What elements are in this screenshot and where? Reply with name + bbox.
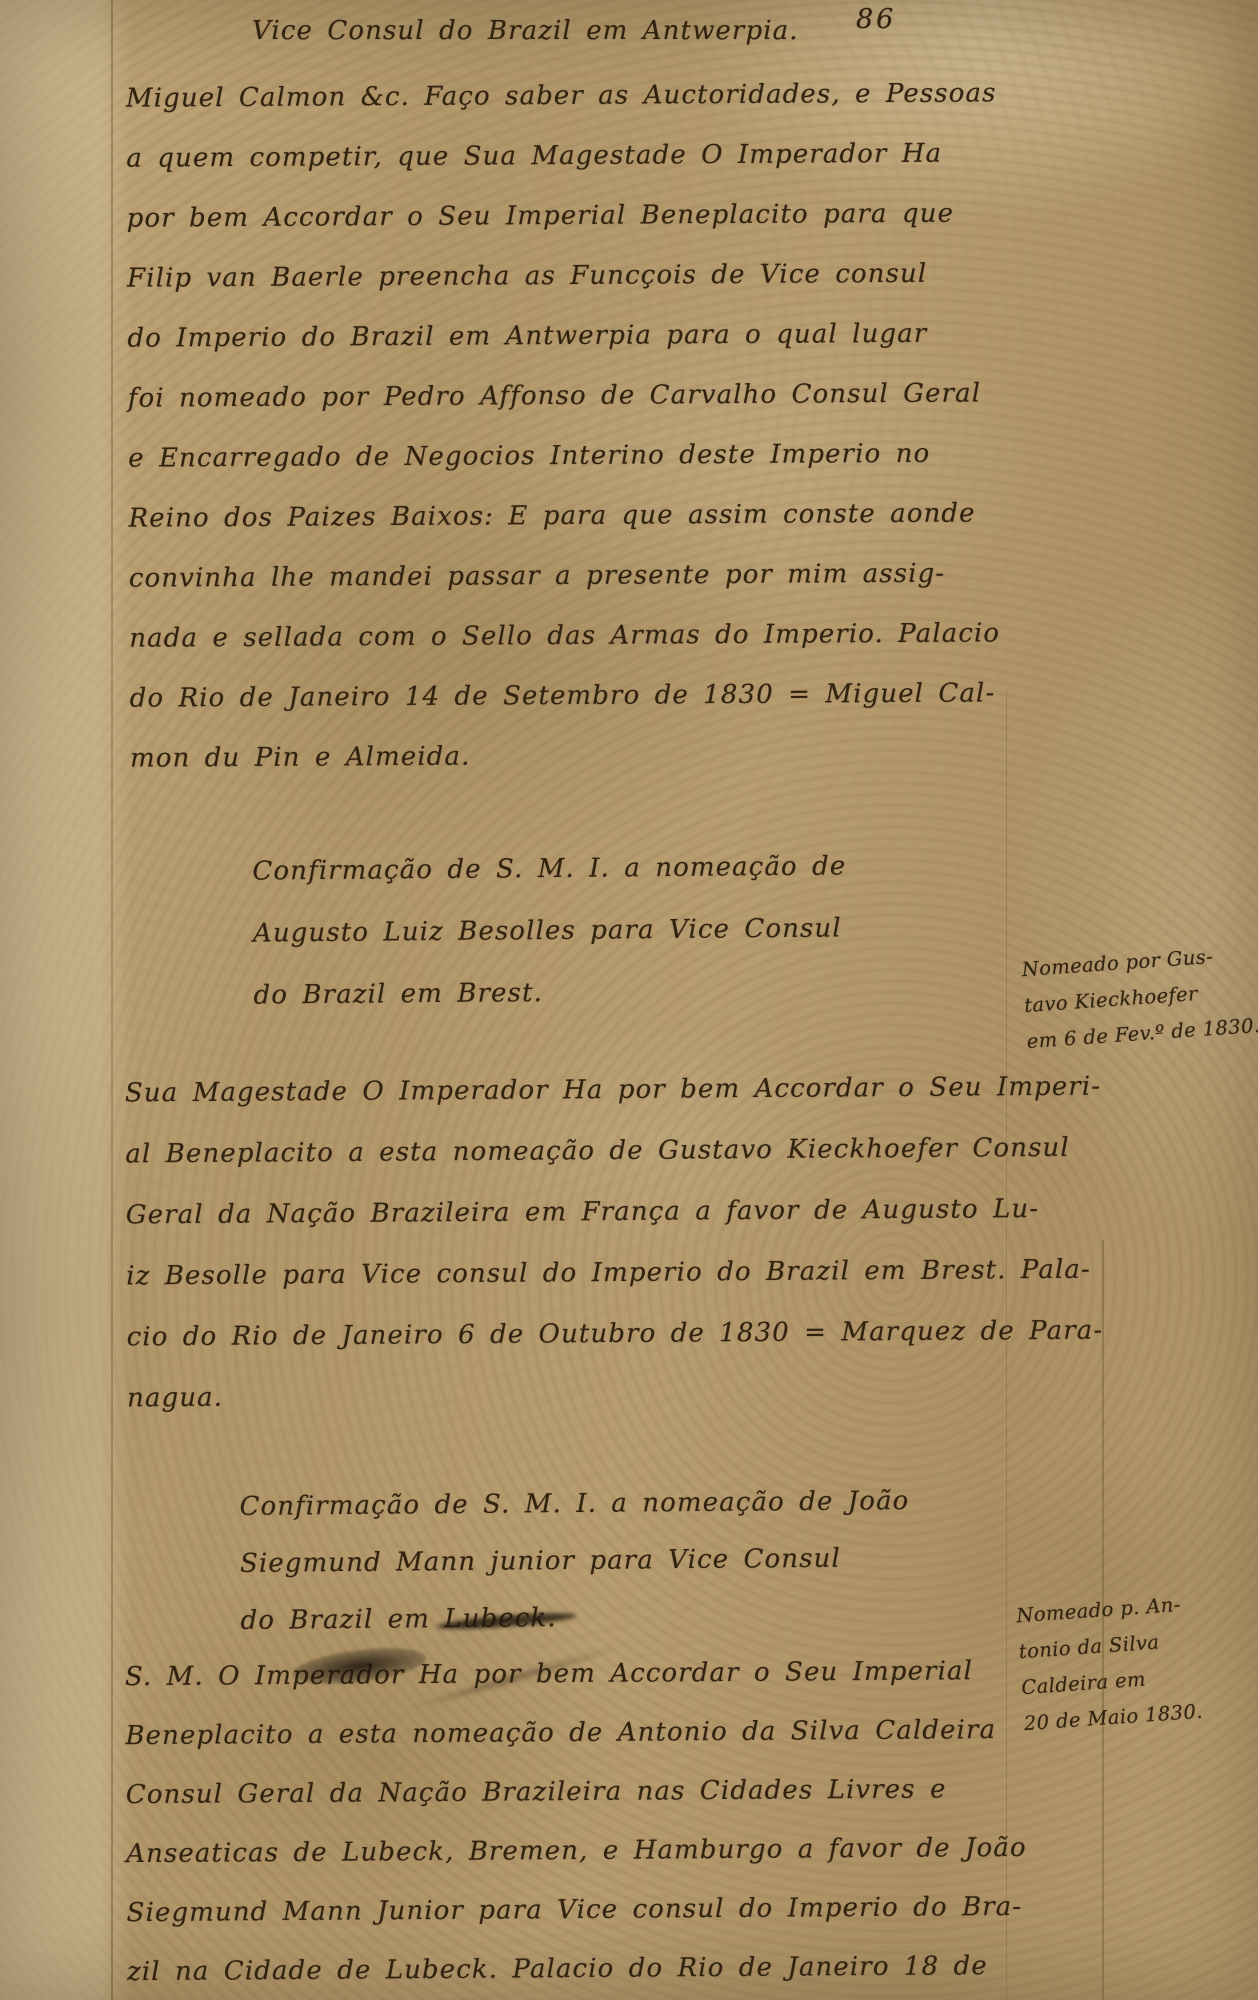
text-line: Siegmund Mann junior para Vice Consul — [240, 1530, 910, 1593]
section3-heading: Confirmação de S. M. I. a nomeação de Jo… — [239, 1473, 910, 1650]
text-line: do Brazil em Brest. — [253, 959, 847, 1026]
text-line: Filip van Baerle preencha as Funcçois de… — [127, 243, 998, 308]
text-line: Anseaticas de Lubeck, Bremen, e Hamburgo… — [126, 1819, 1027, 1884]
text-line: al Beneplacito a esta nomeação de Gustav… — [125, 1118, 1102, 1186]
text-fragment: do Brazil em — [240, 1604, 444, 1636]
text-line: Consul Geral da Nação Brazileira nas Cid… — [126, 1760, 1027, 1825]
fold-crease-left — [111, 0, 113, 2000]
text-line: Reino dos Paizes Baixos: E para que assi… — [128, 483, 999, 548]
section1-body: Miguel Calmon &c. Faço saber as Auctorid… — [126, 63, 1001, 788]
text-line: Confirmação de S. M. I. a nomeação de Jo… — [239, 1473, 909, 1536]
text-line: nada e sellada com o Sello das Armas do … — [129, 603, 1000, 668]
text-line: convinha lhe mandei passar a presente po… — [129, 543, 1000, 608]
text-line: mon du Pin e Almeida. — [130, 723, 1001, 788]
text-line: S. M. O Imperador Ha por bem Accordar o … — [125, 1642, 1026, 1707]
page-number: 86 — [856, 4, 896, 35]
section1-title: Vice Consul do Brazil em Antwerpia. — [252, 16, 799, 46]
struck-word: Lubeck. — [444, 1603, 557, 1634]
text-line: do Brazil em Lubeck. — [240, 1587, 910, 1650]
text-line: cio do Rio de Janeiro 6 de Outubro de 18… — [126, 1301, 1103, 1369]
text-line: Augusto Luiz Besolles para Vice Consul — [253, 897, 847, 964]
text-line: do Imperio do Brazil em Antwerpia para o… — [127, 303, 998, 368]
text-line: nagua. — [127, 1362, 1104, 1430]
text-line: Confirmação de S. M. I. a nomeação de — [252, 835, 846, 902]
text-line: zil na Cidade de Lubeck. Palacio do Rio … — [127, 1937, 1028, 2000]
text-line: Siegmund Mann Junior para Vice consul do… — [126, 1878, 1027, 1943]
text-line: foi nomeado por Pedro Affonso de Carvalh… — [128, 363, 999, 428]
manuscript-page: 86 Vice Consul do Brazil em Antwerpia. M… — [0, 0, 1258, 2000]
text-line: Sua Magestade O Imperador Ha por bem Acc… — [125, 1057, 1102, 1125]
text-line: do Rio de Janeiro 14 de Setembro de 1830… — [129, 663, 1000, 728]
text-line: Miguel Calmon &c. Faço saber as Auctorid… — [126, 63, 997, 128]
section2-heading: Confirmação de S. M. I. a nomeação deAug… — [252, 835, 847, 1026]
section3-body: S. M. O Imperador Ha por bem Accordar o … — [125, 1642, 1028, 2000]
text-line: por bem Accordar o Seu Imperial Beneplac… — [127, 183, 998, 248]
text-line: e Encarregado de Negocios Interino deste… — [128, 423, 999, 488]
margin-note-caldeira: Nomeado p. An-tonio da SilvaCaldeira em2… — [1015, 1586, 1204, 1742]
text-line: Beneplacito a esta nomeação de Antonio d… — [125, 1701, 1026, 1766]
margin-note-kieckhoefer: Nomeado por Gus-tavo Kieckhoeferem 6 de … — [1021, 936, 1258, 1060]
text-line: a quem competir, que Sua Magestade O Imp… — [126, 123, 997, 188]
text-line: iz Besolle para Vice consul do Imperio d… — [126, 1240, 1103, 1308]
section2-body: Sua Magestade O Imperador Ha por bem Acc… — [125, 1057, 1104, 1430]
text-line: Geral da Nação Brazileira em França a fa… — [126, 1179, 1103, 1247]
